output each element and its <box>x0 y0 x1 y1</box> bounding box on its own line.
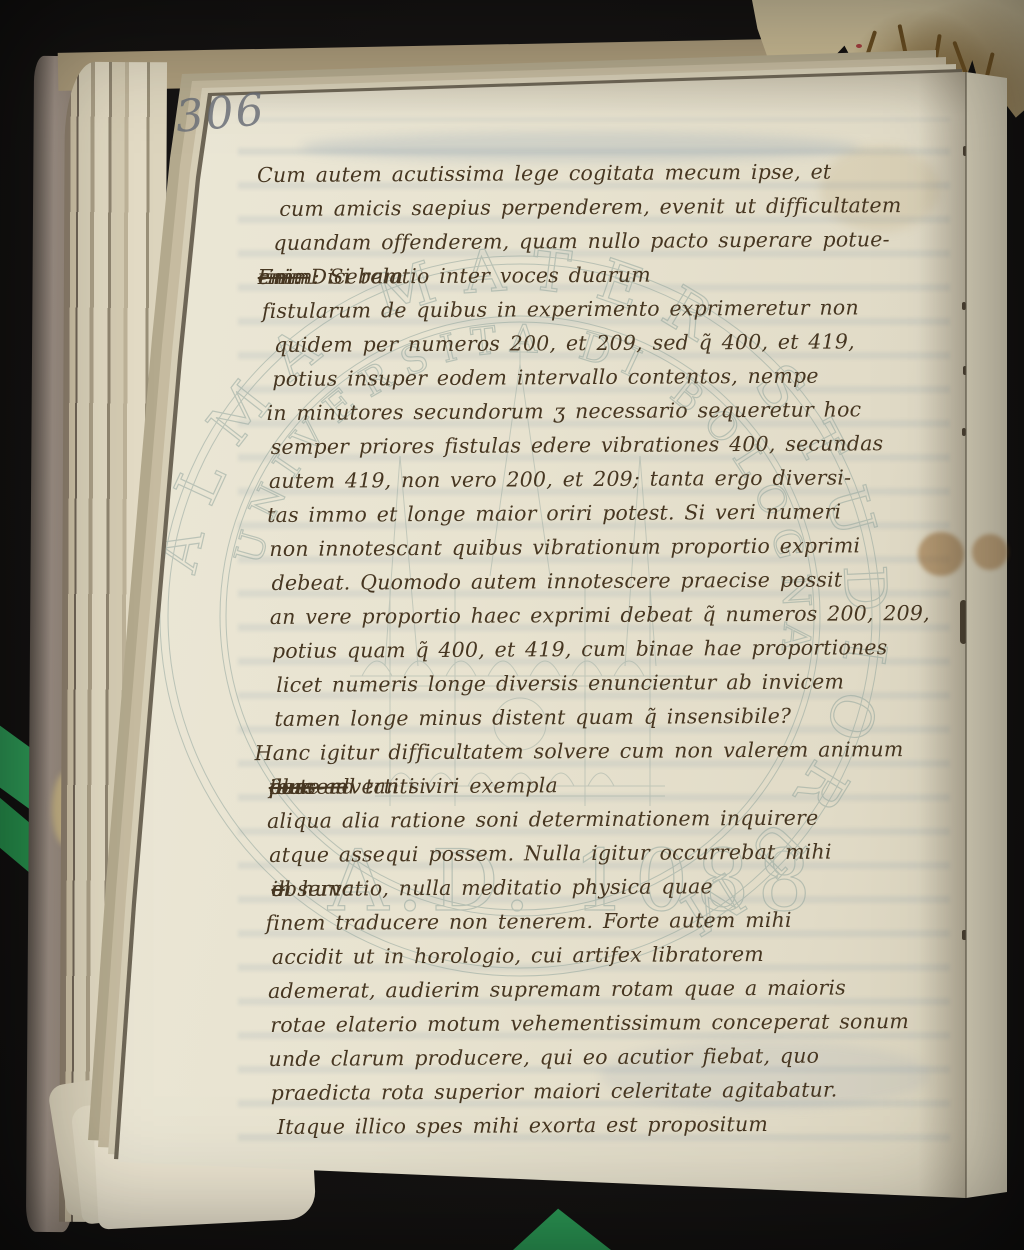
manuscript-words: potius insuper eodem intervallo contento… <box>272 359 819 396</box>
manuscript-line: Cum autem acutissima lege cogitata mecum… <box>251 154 931 192</box>
manuscript-line: an vere proportio haec exprimi debeat q̃… <box>254 596 934 634</box>
manuscript-line: tas immo et longe maior oriri potest. Si… <box>253 494 933 532</box>
manuscript-line: in minutores secundorum ʒ necessario seq… <box>252 392 932 430</box>
manuscript-line: licet numeris longe diversis enuncientur… <box>254 664 934 702</box>
manuscript-words: quandam offenderem, quam nullo pacto sup… <box>273 222 889 260</box>
manuscript-scan: ALMA MATER STUDIORUM UNIVERSITA DI BOLOG… <box>0 0 1024 1250</box>
manuscript-line: observatio, nulla meditatio physica quae… <box>255 868 935 906</box>
manuscript-words: tamen longe minus distent quam q̃ insens… <box>274 699 791 736</box>
manuscript-words: autem 419, non vero 200, et 209; tanta e… <box>269 460 851 498</box>
manuscript-line: quidem per numeros 200, et 209, sed q̃ 4… <box>252 324 932 362</box>
manuscript-line: Itaque illico spes mihi exorta est propo… <box>257 1106 937 1144</box>
manuscript-words: rotae elaterio motum vehementissimum con… <box>270 1004 909 1042</box>
manuscript-line: cum illuc adverti si possem forte ad tan… <box>255 766 935 804</box>
manuscript-line: ademerat, audierim supremam rotam quae a… <box>256 970 936 1008</box>
manuscript-words: quidem per numeros 200, et 209, sed q̃ 4… <box>274 324 855 362</box>
manuscript-line: accidit ut in horologio, cui artifex lib… <box>256 936 936 974</box>
manuscript-words: Enim: Si relatio inter voces duarum <box>258 258 651 294</box>
gutter-fold-line <box>965 72 967 1198</box>
manuscript-line: potius insuper eodem intervallo contento… <box>252 358 932 396</box>
manuscript-words: an vere proportio haec exprimi debeat q̃… <box>270 596 930 634</box>
manuscript-words: Hanc igitur difficultatem solvere cum no… <box>255 732 904 770</box>
manuscript-line: semper priores fistulas edere vibratione… <box>253 426 933 464</box>
brown-stain <box>972 534 1008 570</box>
manuscript-line: atque assequi possem. Nulla igitur occur… <box>255 834 935 872</box>
manuscript-words: cum amicis saepius perpenderem, evenit u… <box>279 188 901 226</box>
manuscript-words: atque assequi possem. Nulla igitur occur… <box>269 835 832 872</box>
manuscript-words: fistularum de quibus in experimento expr… <box>262 290 859 328</box>
manuscript-line: rotae elaterio motum vehementissimum con… <box>256 1004 936 1042</box>
manuscript-line: cum amicis saepius perpenderem, evenit u… <box>251 188 931 226</box>
manuscript-words: licet numeris longe diversis enuncientur… <box>276 664 844 701</box>
green-support-wedge <box>513 1206 611 1250</box>
manuscript-words: Itaque illico spes mihi exorta est propo… <box>277 1107 768 1144</box>
manuscript-words: non innotescant quibus vibrationum propo… <box>269 528 860 566</box>
manuscript-words: potius quam q̃ 400, et 419, cum binae ha… <box>272 630 888 668</box>
manuscript-line: autem 419, non vero 200, et 209; tanta e… <box>253 460 933 498</box>
folio-number: 306 <box>174 84 269 152</box>
manuscript-words: debeat. Quomodo autem innotescere praeci… <box>271 562 842 599</box>
manuscript-line: Hanc igitur difficultatem solvere cum no… <box>255 732 935 770</box>
manuscript-words: aliqua alia ratione soni determinationem… <box>267 801 819 838</box>
manuscript-words: ademerat, audierim supremam rotam quae a… <box>268 970 846 1008</box>
manuscript-line: quandam offenderem, quam nullo pacto sup… <box>251 222 931 260</box>
manuscript-words: praedicta rota superior maiori celeritat… <box>271 1073 838 1110</box>
manuscript-words: in minutores secundorum ʒ necessario seq… <box>266 392 861 430</box>
manuscript-line: fistularum de quibus in experimento expr… <box>252 290 932 328</box>
manuscript-words: Cum autem acutissima lege cogitata mecum… <box>257 155 831 193</box>
manuscript-words: unde clarum producere, qui eo acutior fi… <box>268 1039 819 1076</box>
manuscript-line: aliqua alia ratione soni determinationem… <box>255 800 935 838</box>
binding-red-speck <box>856 44 862 48</box>
manuscript-line: tamen longe minus distent quam q̃ insens… <box>254 698 934 736</box>
manuscript-line: potius quam q̃ 400, et 419, cum binae ha… <box>254 630 934 668</box>
manuscript-words: tas immo et longe maior oriri potest. Si… <box>267 494 841 532</box>
manuscript-line: non innotescant quibus vibrationum propo… <box>253 528 933 566</box>
manuscript-line: rim. Dicebam enim Enim: Si relatio inter… <box>252 256 932 294</box>
manuscript-line: unde clarum producere, qui eo acutior fi… <box>256 1038 936 1076</box>
manuscript-line: praedicta rota superior maiori celeritat… <box>257 1072 937 1110</box>
manuscript-words: finem traducere non tenerem. Forte autem… <box>266 903 792 940</box>
manuscript-words: semper priores fistulas edere vibratione… <box>271 426 884 464</box>
manuscript-line: debeat. Quomodo autem innotescere praeci… <box>253 562 933 600</box>
manuscript-words: forte ad tanti viri exempla <box>269 768 558 804</box>
manuscript-words: accidit ut in horologio, cui artifex lib… <box>272 937 764 974</box>
manuscript-words: in hunc <box>271 871 353 905</box>
manuscript-line: finem traducere non tenerem. Forte autem… <box>256 902 936 940</box>
manuscript-text: Cum autem acutissima lege cogitata mecum… <box>251 154 937 1144</box>
